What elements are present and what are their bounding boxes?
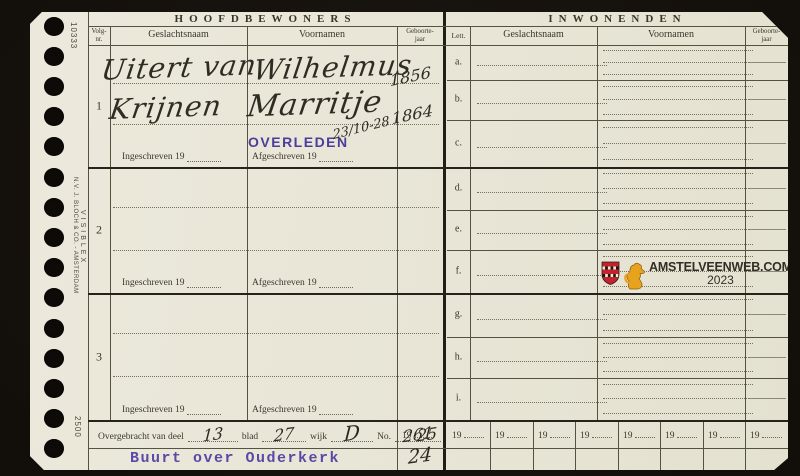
writing-line <box>113 124 439 125</box>
column-header-volgnr: Volg- nr. <box>88 26 110 45</box>
transfer-strip: Overgebracht van deel 13 blad 27 wijk D … <box>88 420 788 448</box>
writing-line <box>603 244 753 245</box>
section-title-inwonenden: INWONENDEN <box>447 13 788 26</box>
dotted-leader <box>762 429 782 438</box>
dotted-leader <box>187 153 221 162</box>
column-header-geboortejaar-left: Geboorte- jaar <box>397 26 443 45</box>
writing-line <box>603 143 753 144</box>
dotted-leader <box>550 429 570 438</box>
surname-handwriting: Krijnen <box>107 89 224 126</box>
row-letter: e. <box>447 224 470 235</box>
row-letter: f. <box>447 265 470 276</box>
punch-hole <box>44 168 64 187</box>
row-letter: i. <box>447 393 470 404</box>
writing-line <box>477 319 607 320</box>
column-header-volgnr-line1: Volg- <box>92 28 107 35</box>
row-number: 3 <box>88 349 110 364</box>
watermark-text: AMSTELVEENWEB.COM 2023 <box>649 261 792 287</box>
writing-line <box>603 86 753 87</box>
dotted-leader: D <box>331 431 373 442</box>
transfer-label-blad: blad <box>242 432 258 442</box>
geboorte-line1: Geboorte- <box>753 28 781 35</box>
writing-line <box>749 62 786 63</box>
year-prefix: 19 <box>580 431 590 441</box>
afgeschreven-text: Afgeschreven 19 <box>252 152 317 162</box>
punch-hole <box>44 258 64 277</box>
ingeschreven-label: Ingeschreven 19 <box>122 278 221 288</box>
writing-line <box>603 357 753 358</box>
row-letter: d. <box>447 182 470 193</box>
scan-background: 10333 VISIBLEX N.V. J. BLOCH & CO. - AMS… <box>0 0 800 476</box>
punch-hole <box>44 47 64 66</box>
punch-hole <box>44 319 64 338</box>
year-prefix: 19 <box>708 431 718 441</box>
writing-line <box>603 74 753 75</box>
writing-line <box>603 114 753 115</box>
writing-line <box>603 371 753 372</box>
lodger-row-h: h. <box>447 337 788 378</box>
firstnames-handwriting: Marritje <box>245 85 385 125</box>
afgeschreven-label: Afgeschreven 19 <box>252 152 353 162</box>
afgeschreven-label: Afgeschreven 19 <box>252 405 353 415</box>
writing-line <box>603 330 753 331</box>
writing-line <box>603 127 753 128</box>
column-header-geslachtsnaam-right: Geslachtsnaam <box>470 26 597 45</box>
dotted-leader <box>187 406 221 415</box>
year-cell: 19 <box>660 420 703 448</box>
year-cell: 19 <box>490 420 533 448</box>
writing-line <box>477 361 607 362</box>
writing-line <box>603 256 753 257</box>
year-cell: 19 <box>745 420 788 448</box>
writing-line <box>603 216 753 217</box>
writing-line <box>749 314 786 315</box>
punch-hole <box>44 228 64 247</box>
writing-line <box>113 250 439 251</box>
year-prefix: 19 <box>538 431 548 441</box>
writing-line <box>603 50 753 51</box>
publisher-vertical: N.V. J. BLOCH & CO. - AMSTERDAM <box>72 177 78 294</box>
writing-line <box>603 188 753 189</box>
section-divider-line <box>443 12 446 470</box>
amstelveen-coat-of-arms <box>600 258 646 290</box>
print-code-top: 10333 <box>69 22 78 49</box>
dotted-leader <box>677 429 697 438</box>
transfer-line: Overgebracht van deel 13 blad 27 wijk D … <box>98 431 441 442</box>
geboorte-line1: Geboorte- <box>406 28 434 35</box>
writing-line <box>113 376 439 377</box>
buurt-stamp: Buurt over Ouderkerk <box>130 450 340 467</box>
lodger-row-c: c. <box>447 120 788 167</box>
lodger-row-e: e. <box>447 210 788 250</box>
deel-value-handwriting: 13 <box>202 423 224 445</box>
row-letter: b. <box>447 94 470 105</box>
main-row-2: 2 Ingeschreven 19 Afgeschreven 19 <box>88 167 443 293</box>
blad-value-handwriting: 27 <box>273 423 295 445</box>
lodger-row-d: d. <box>447 167 788 210</box>
year-value-handwriting: 24 <box>408 443 433 469</box>
writing-line <box>749 229 786 230</box>
writing-line <box>749 99 786 100</box>
writing-line <box>477 275 607 276</box>
geboorte-line2: jaar <box>415 36 425 43</box>
punch-hole <box>44 379 64 398</box>
main-row-1: 1 Uitert van Wilhelmus 1856 Krijnen Marr… <box>88 45 443 167</box>
register-card: 10333 VISIBLEX N.V. J. BLOCH & CO. - AMS… <box>30 12 788 470</box>
ingeschreven-text: Ingeschreven 19 <box>122 405 185 415</box>
writing-line <box>749 188 786 189</box>
section-title-hoofdbewoners: HOOFDBEWONERS <box>88 13 443 26</box>
amstelveenweb-watermark: AMSTELVEENWEB.COM 2023 <box>600 258 792 290</box>
writing-line <box>603 398 753 399</box>
writing-line <box>603 159 753 160</box>
writing-line <box>603 314 753 315</box>
lion-icon <box>625 263 644 289</box>
watermark-year: 2023 <box>649 274 792 287</box>
writing-line <box>603 413 753 414</box>
punch-hole <box>44 288 64 307</box>
ingeschreven-text: Ingeschreven 19 <box>122 278 185 288</box>
year-cell: 19 <box>447 420 490 448</box>
afgeschreven-label: Afgeschreven 19 <box>252 278 353 288</box>
wijk-value-handwriting: D <box>343 420 361 447</box>
surname-handwriting: Uitert van <box>99 48 259 86</box>
punch-hole <box>44 107 64 126</box>
dotted-leader <box>319 406 353 415</box>
writing-line <box>603 173 753 174</box>
writing-line <box>749 398 786 399</box>
dotted-leader <box>187 279 221 288</box>
year-cell: 19 <box>618 420 660 448</box>
writing-line <box>749 143 786 144</box>
row-number: 2 <box>88 223 110 238</box>
row-letter: h. <box>447 351 470 362</box>
year-prefix: 19 <box>750 431 760 441</box>
lodger-row-b: b. <box>447 80 788 120</box>
writing-line <box>477 402 607 403</box>
column-header-voornamen-left: Voornamen <box>247 26 397 45</box>
column-header-voornamen-right: Voornamen <box>597 26 745 45</box>
punch-hole <box>44 439 64 458</box>
buurt-strip: Buurt over Ouderkerk 24 <box>88 448 788 470</box>
brand-name-vertical: VISIBLEX <box>79 210 86 265</box>
dotted-leader <box>720 429 740 438</box>
year-prefix: 19 <box>452 431 462 441</box>
row-number: 1 <box>88 99 110 114</box>
writing-line <box>113 207 439 208</box>
writing-line <box>749 357 786 358</box>
punch-hole <box>44 17 64 36</box>
year-cell: 19 <box>703 420 745 448</box>
column-header-geslachtsnaam-left: Geslachtsnaam <box>110 26 247 45</box>
lodger-row-i: i. <box>447 378 788 420</box>
shield-icon <box>602 262 619 285</box>
writing-line <box>603 62 753 63</box>
dotted-leader <box>464 429 484 438</box>
writing-line <box>477 192 607 193</box>
writing-line <box>477 233 607 234</box>
main-row-3: 3 Ingeschreven 19 Afgeschreven 19 <box>88 293 443 420</box>
punch-hole <box>44 77 64 96</box>
writing-line <box>113 333 439 334</box>
ingeschreven-label: Ingeschreven 19 <box>122 152 221 162</box>
dotted-leader <box>319 153 353 162</box>
year-prefix: 19 <box>623 431 633 441</box>
afgeschreven-text: Afgeschreven 19 <box>252 405 317 415</box>
dotted-leader <box>319 279 353 288</box>
year-prefix: 19 <box>402 431 412 441</box>
lodger-row-g: g. <box>447 293 788 337</box>
writing-line <box>603 229 753 230</box>
dotted-leader <box>592 429 612 438</box>
column-header-geboortejaar-right: Geboorte- jaar <box>745 26 788 45</box>
print-code-bottom: 2500 <box>73 416 82 438</box>
row-letter: c. <box>447 137 470 148</box>
writing-line <box>477 103 607 104</box>
dotted-leader: 27 <box>262 431 306 442</box>
writing-line <box>603 343 753 344</box>
writing-line <box>477 65 607 66</box>
year-cell: 19 <box>575 420 618 448</box>
punch-hole <box>44 137 64 156</box>
lodger-row-a: a. <box>447 45 788 80</box>
row-letter: g. <box>447 309 470 320</box>
row-letter: a. <box>447 56 470 67</box>
writing-line <box>603 99 753 100</box>
transfer-label-deel: Overgebracht van deel <box>98 432 184 442</box>
year-value-handwriting: 25 <box>416 423 438 445</box>
grid-line <box>88 26 788 27</box>
punch-hole <box>44 409 64 428</box>
dotted-leader <box>507 429 527 438</box>
geboorte-line2: jaar <box>761 36 771 43</box>
column-header-volgnr-line2: nr. <box>96 36 103 43</box>
punch-hole <box>44 349 64 368</box>
column-header-lett: Lett. <box>447 26 470 45</box>
punch-hole <box>44 198 64 217</box>
dotted-leader: 13 <box>188 431 238 442</box>
ingeschreven-text: Ingeschreven 19 <box>122 152 185 162</box>
year-prefix: 19 <box>665 431 675 441</box>
ingeschreven-label: Ingeschreven 19 <box>122 405 221 415</box>
writing-line <box>603 299 753 300</box>
writing-line <box>603 384 753 385</box>
transfer-label-wijk: wijk <box>310 432 327 442</box>
year-cell: 19 <box>533 420 575 448</box>
writing-line <box>603 203 753 204</box>
transfer-label-no: No. <box>377 432 391 442</box>
afgeschreven-text: Afgeschreven 19 <box>252 278 317 288</box>
writing-line <box>477 147 607 148</box>
dotted-leader <box>635 429 655 438</box>
year-prefix: 19 <box>495 431 505 441</box>
